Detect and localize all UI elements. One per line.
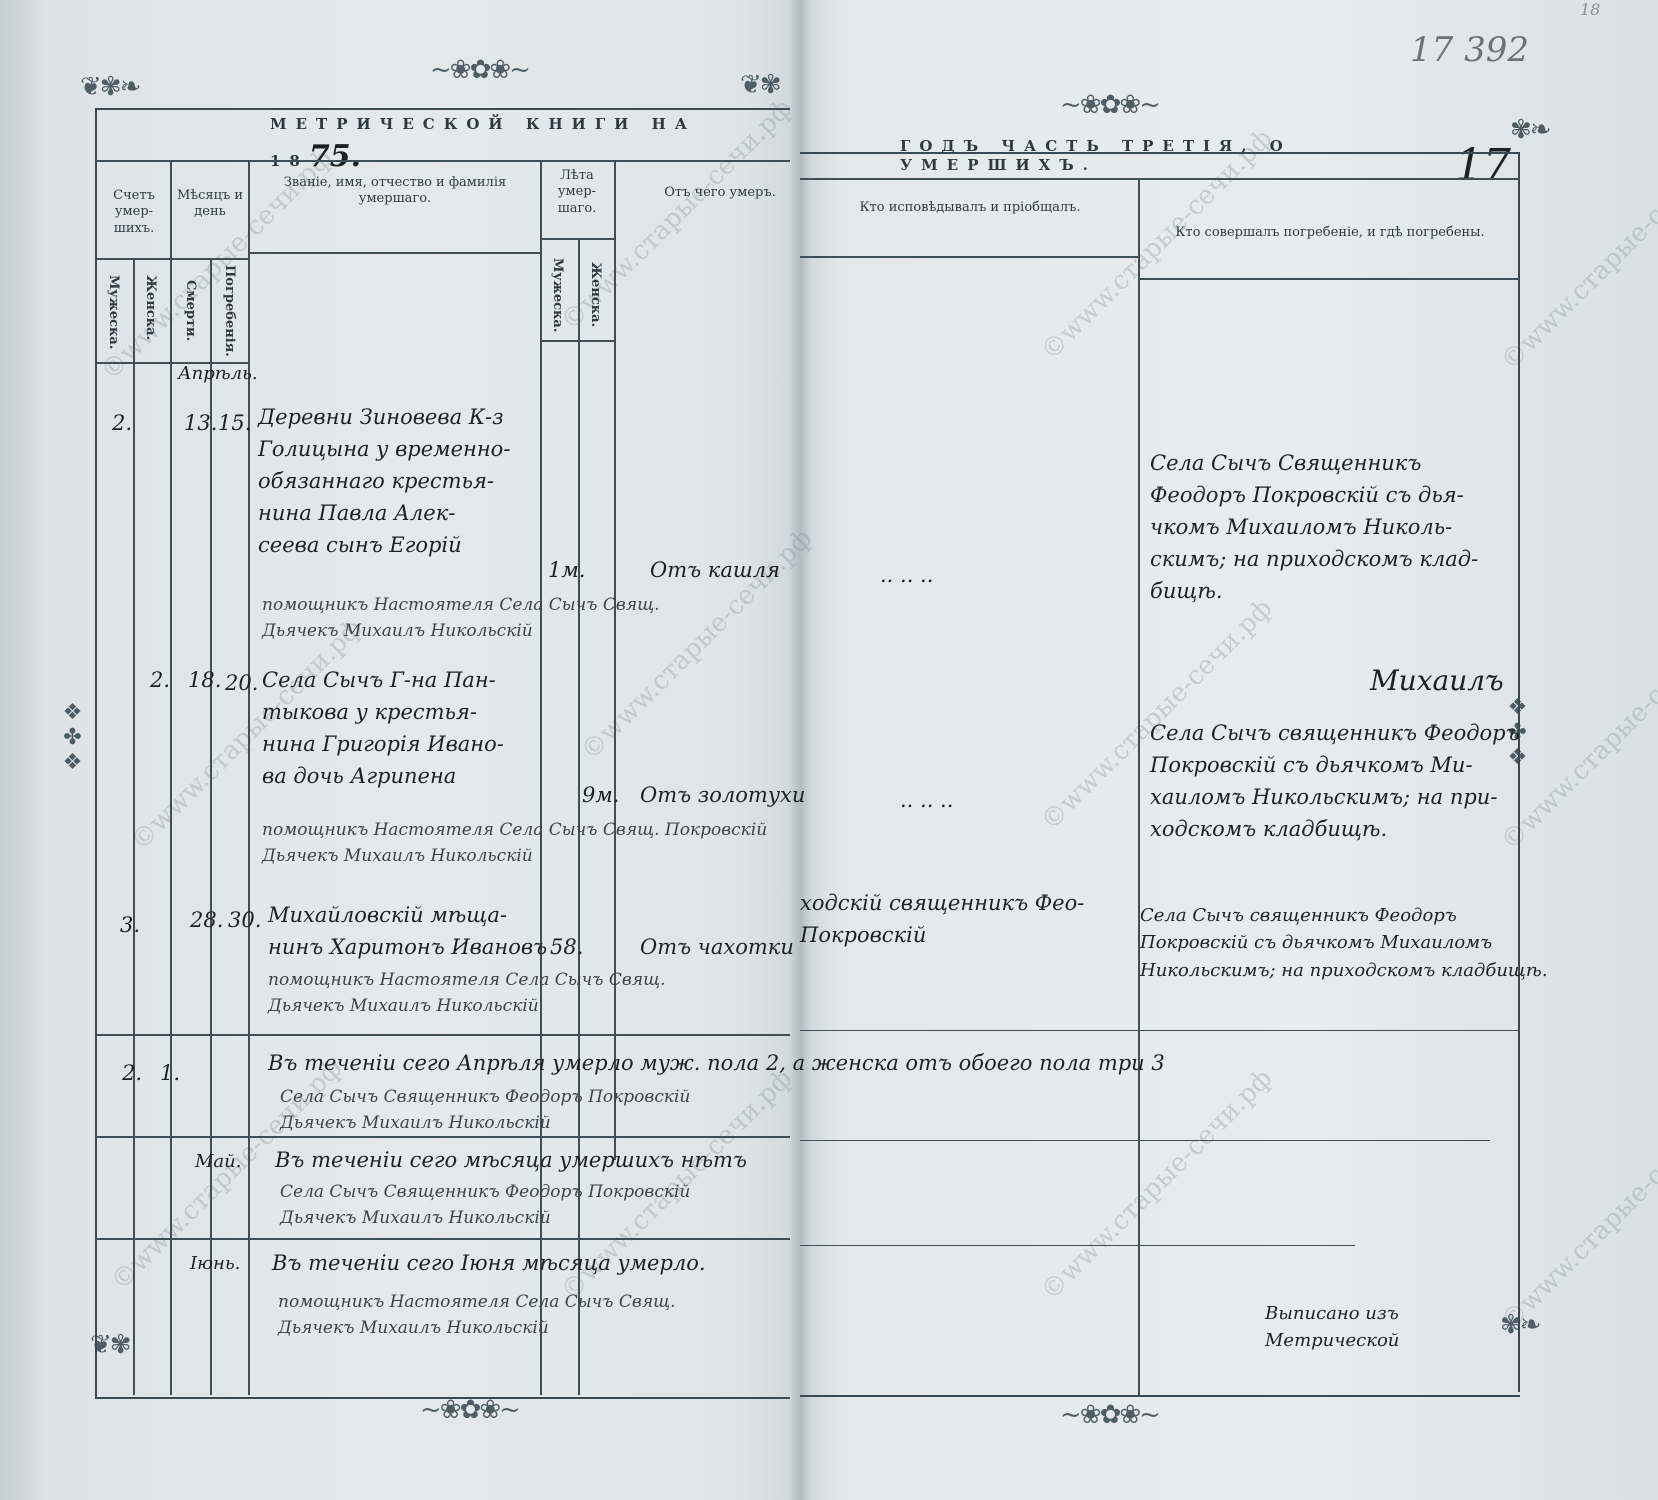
row-separator [800, 1030, 1518, 1031]
header-month-day: Мѣсяцъ и день [175, 188, 245, 221]
row-separator [800, 1245, 1355, 1246]
witness-line: Дьячекъ Михаилъ Никольскій [280, 1111, 690, 1137]
entry2-name: Села Сычъ Г-на Пан- тыкова у крестья- ни… [262, 665, 504, 793]
entry1-count-male: 2. [112, 408, 132, 440]
witness-line: Дьячекъ Михаилъ Никольскій [278, 1316, 676, 1342]
entry1-burial-day: 15. [218, 408, 251, 440]
book-gutter [788, 0, 812, 1500]
entry3-witness: помощникъ Настоятеля Села Сычъ Свящ. Дья… [268, 968, 666, 1020]
header-top-line-right [800, 178, 1520, 180]
col-line [248, 160, 250, 1395]
entry2-witness: помощникъ Настоятеля Села Сычъ Свящ. Пок… [262, 818, 767, 870]
entry4-summary: Въ теченіи сего Апрѣля умерло муж. пола … [268, 1048, 1165, 1080]
corner-ornament: ❦✾❧ [80, 72, 139, 102]
name-line: тыкова у крестья- [262, 697, 504, 729]
witness-line: Дьячекъ Михаилъ Никольскій [268, 994, 666, 1020]
burial-line: скимъ; на приходскомъ клад- [1150, 544, 1478, 576]
year-handwritten: 75. [309, 139, 361, 174]
col-line [133, 258, 135, 1395]
burial-line: Никольскимъ; на приходскомъ кладбищѣ. [1140, 957, 1548, 984]
witness-line: помощникъ Настоятеля Села Сычъ Свящ. [268, 968, 666, 994]
entry2-count-female: 2. [150, 665, 170, 697]
entry1-name: Деревни Зиновева К-з Голицына у временно… [258, 402, 510, 562]
entry3-name: Михайловскій мѣща- нинъ Харитонъ Ивановъ [268, 900, 547, 964]
archive-number: 17 392 [1410, 30, 1529, 70]
col-line [170, 160, 172, 1395]
row-separator [97, 1034, 790, 1036]
frame-top-left [95, 108, 790, 110]
col-line [1138, 178, 1140, 1395]
witness-line: Села Сычъ Священникъ Феодоръ Покровскій [280, 1180, 690, 1206]
witness-line: помощникъ Настоятеля Села Сычъ Свящ. [278, 1290, 676, 1316]
entry1-witness: помощникъ Настоятеля Села Сычъ Свящ. Дья… [262, 593, 660, 645]
subheader-line [97, 258, 248, 260]
footer-line: Выписано изъ [1265, 1300, 1399, 1327]
burial-line: Села Сычъ священникъ Феодоръ [1150, 718, 1520, 750]
top-ornament: ~❀✿❀~ [1060, 90, 1159, 120]
entry5-month: Май. [195, 1148, 241, 1175]
witness-line: помощникъ Настоятеля Села Сычъ Свящ. Пок… [262, 818, 767, 844]
subheader-line [1138, 278, 1520, 280]
subheader-line [248, 252, 540, 254]
name-line: Села Сычъ Г-на Пан- [262, 665, 504, 697]
frame-left [95, 108, 97, 1398]
name-line: Голицына у временно- [258, 434, 510, 466]
burial-line: Села Сычъ Священникъ [1150, 448, 1478, 480]
entry3-confessor: ходскій священникъ Фео- Покровскій [800, 888, 1084, 952]
witness-line: помощникъ Настоятеля Села Сычъ Свящ. [262, 593, 660, 619]
left-title: МЕТРИЧЕСКОЙ КНИГИ НА 1875. [270, 115, 710, 179]
entry5-witness: Села Сычъ Священникъ Феодоръ Покровскій … [280, 1180, 690, 1232]
header-age-male: Мужеска. [550, 258, 565, 332]
name-line: ва дочь Агрипена [262, 761, 504, 793]
confessor-line: ходскій священникъ Фео- [800, 888, 1084, 920]
folio-number: 17 [1455, 140, 1511, 191]
bottom-ornament: ~❀✿❀~ [1060, 1400, 1159, 1430]
name-line: Михайловскій мѣща- [268, 900, 547, 932]
header-name: Званіе, имя, отчество и фамилія умершаго… [255, 175, 535, 208]
entry2-burial-day: 20. [225, 668, 258, 700]
entry6-footer-note: Выписано изъ Метрической [1265, 1300, 1399, 1355]
entry2-age-female: 9м. [582, 780, 619, 812]
entry3-age-male: 58. [550, 932, 583, 964]
burial-line: Покровскій съ дьячкомъ Ми- [1150, 750, 1520, 782]
entry2-death-day: 18. [188, 665, 221, 697]
burial-line: Села Сычъ священникъ Феодоръ [1140, 902, 1548, 929]
corner-ornament: ❦✾ [740, 70, 780, 100]
witness-line: Дьячекъ Михаилъ Никольскій [280, 1206, 690, 1232]
name-line: сеева сынъ Егорій [258, 530, 510, 562]
name-line: обязаннаго крестья- [258, 466, 510, 498]
header-count: Счетъ умер- шихъ. [100, 188, 168, 237]
burial-line: Покровскій съ дьячкомъ Михаиломъ [1140, 929, 1548, 956]
burial-line: чкомъ Михаиломъ Николь- [1150, 512, 1478, 544]
entry1-cause: Отъ кашля [650, 555, 780, 587]
frame-bottom-left [95, 1397, 790, 1399]
subheader-line [800, 256, 1138, 258]
entry1-burial-by: Села Сычъ Священникъ Феодоръ Покровскій … [1150, 448, 1478, 608]
witness-line: Села Сычъ Священникъ Феодоръ Покровскій [280, 1085, 690, 1111]
header-age: Лѣта умер- шаго. [543, 168, 611, 217]
burial-line: хаиломъ Никольскимъ; на при- [1150, 782, 1520, 814]
entry6-summary: Въ теченіи сего Іюня мѣсяца умерло. [272, 1248, 706, 1280]
entry6-witness: помощникъ Настоятеля Села Сычъ Свящ. Дья… [278, 1290, 676, 1342]
entry6-month: Іюнь. [190, 1250, 240, 1277]
entry4-witness: Села Сычъ Священникъ Феодоръ Покровскій … [280, 1085, 690, 1137]
entry3-burial-day: 30. [228, 905, 261, 937]
row-separator [800, 1140, 1490, 1141]
name-line: нина Павла Алек- [258, 498, 510, 530]
side-ornament: ❖✤❖ [60, 700, 85, 775]
bottom-ornament: ~❀✿❀~ [420, 1395, 519, 1425]
name-line: нинъ Харитонъ Ивановъ [268, 932, 547, 964]
corner-mark: 18 [1580, 0, 1600, 19]
entry1-death-day: 13. [184, 408, 217, 440]
burial-line: ходскомъ кладбищѣ. [1150, 814, 1520, 846]
header-burial: Погребенія. [222, 265, 237, 357]
header-age-female: Женска. [588, 262, 603, 327]
month-april: Апрѣль. [178, 360, 258, 387]
row-separator [97, 1136, 790, 1138]
entry1-confessor: .. .. .. [880, 560, 933, 592]
header-count-female: Женска. [143, 275, 158, 340]
name-line: Деревни Зиновева К-з [258, 402, 510, 434]
entry3-count-male: 3. [120, 910, 140, 942]
entry2-burial-by: Села Сычъ священникъ Феодоръ Покровскій … [1150, 718, 1520, 846]
header-count-male: Мужеска. [106, 275, 121, 349]
header-cause: Отъ чего умеръ. [640, 185, 800, 201]
subheader-line [540, 340, 614, 342]
burial-line: бищѣ. [1150, 576, 1478, 608]
header-top-line [97, 160, 790, 162]
entry3-burial-by: Села Сычъ священникъ Феодоръ Покровскій … [1140, 902, 1548, 984]
subheader-line [540, 238, 614, 240]
entry5-summary: Въ теченіи сего мѣсяца умершихъ нѣтъ [275, 1145, 747, 1177]
frame-bottom-right [800, 1395, 1520, 1397]
header-confessor: Кто исповѣдывалъ и пріобщалъ. [820, 200, 1120, 216]
entry1-age-male: 1м. [548, 555, 585, 587]
header-death: Смерти. [183, 280, 198, 341]
entry3-death-day: 28. [190, 905, 223, 937]
burial-line: Феодоръ Покровскій съ дья- [1150, 480, 1478, 512]
witness-line: Дьячекъ Михаилъ Никольскій [262, 844, 767, 870]
entry2-cause: Отъ золотухи [640, 780, 805, 812]
entry2-confessor: .. .. .. [900, 785, 953, 817]
name-line: нина Григорія Ивано- [262, 729, 504, 761]
witness-line: Дьячекъ Михаилъ Никольскій [262, 619, 660, 645]
entry4-count-female: 1. [160, 1058, 180, 1090]
row-separator [97, 1238, 790, 1240]
header-burial-by: Кто совершалъ погребеніе, и гдѣ погребен… [1150, 225, 1510, 241]
top-ornament: ~❀✿❀~ [430, 55, 529, 85]
entry2-signature: Михаилъ [1370, 660, 1504, 703]
corner-ornament: ✾❧ [1510, 115, 1550, 145]
right-title: ГОДЪ ЧАСТЬ ТРЕТІЯ, О УМЕРШИХЪ. [900, 137, 1400, 175]
confessor-line: Покровскій [800, 920, 1084, 952]
entry4-count-male: 2. [122, 1058, 142, 1090]
footer-line: Метрической [1265, 1327, 1399, 1354]
entry3-cause: Отъ чахотки [640, 932, 794, 964]
